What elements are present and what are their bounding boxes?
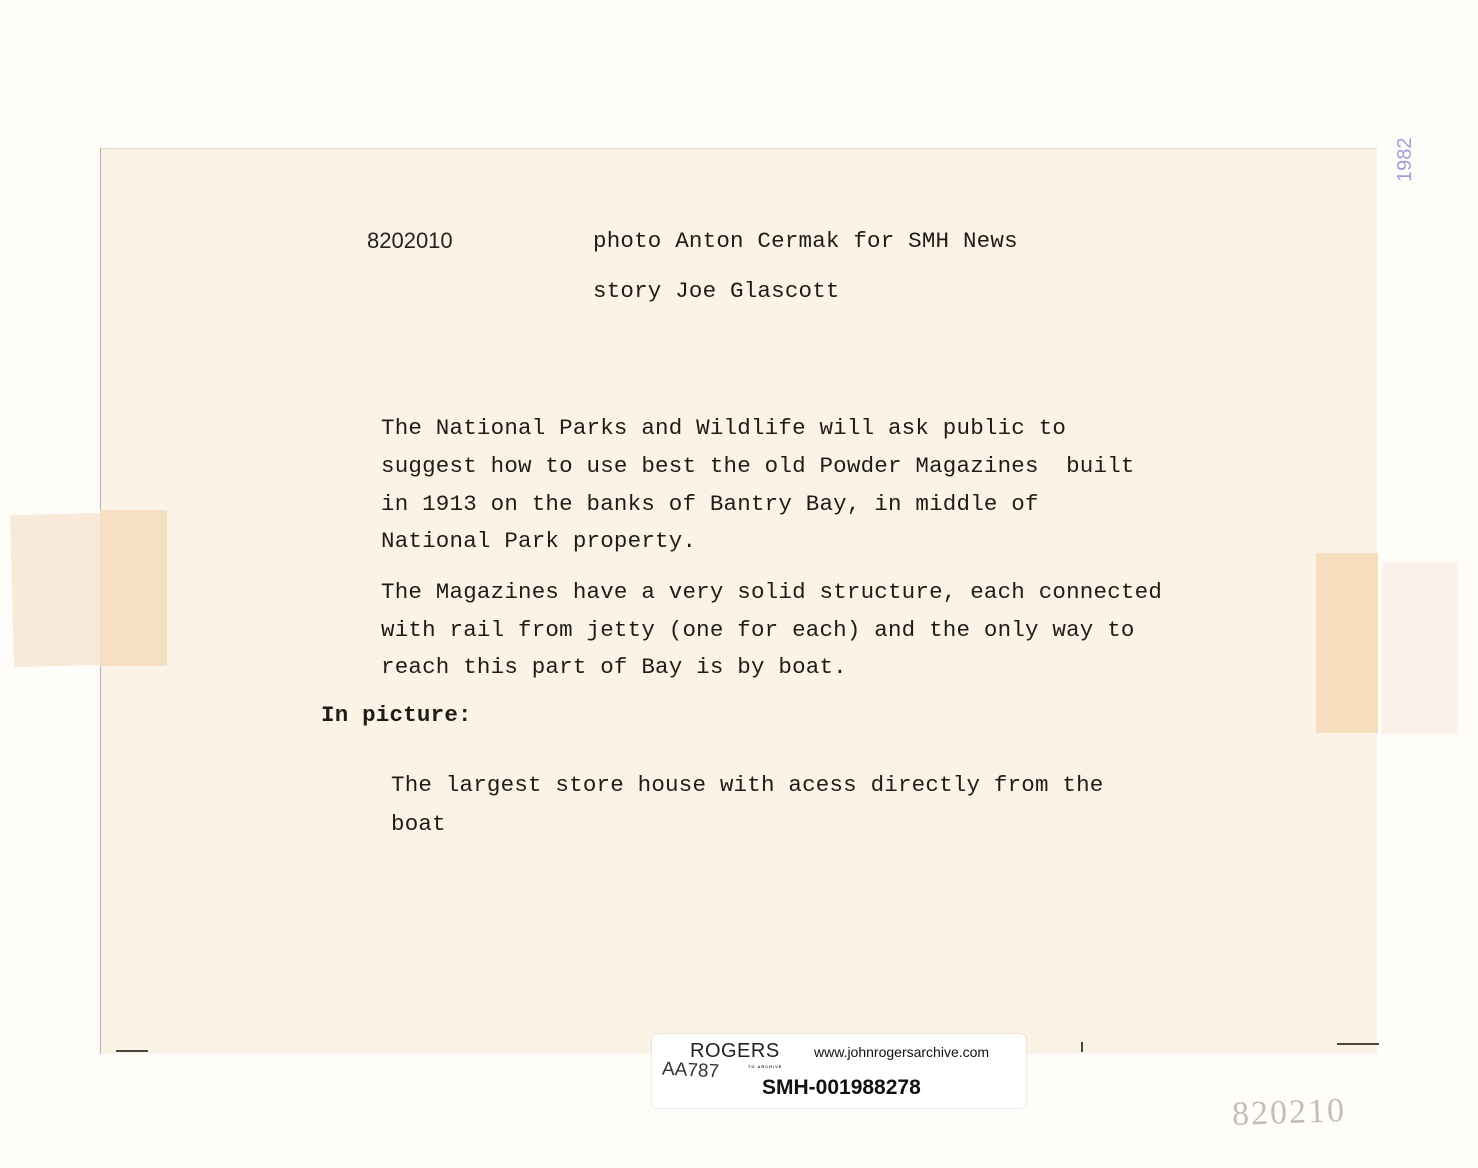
archive-id: SMH-001988278 bbox=[762, 1076, 921, 1100]
photo-number: 8202010 bbox=[367, 228, 453, 254]
tape-left-inner bbox=[100, 510, 167, 666]
archive-label: ROGERS TO ARCHIVE AA787 www.johnrogersar… bbox=[652, 1034, 1026, 1108]
caption-line: The largest store house with acess direc… bbox=[391, 774, 1104, 797]
paragraph-1-line: The National Parks and Wildlife will ask… bbox=[381, 417, 1066, 440]
caption-heading: In picture: bbox=[321, 704, 472, 727]
year-stamp: 1982 bbox=[1394, 138, 1417, 183]
crop-mark-left bbox=[116, 1050, 148, 1052]
tape-right-outer bbox=[1382, 562, 1458, 734]
crop-mark-right bbox=[1337, 1043, 1379, 1045]
date-code-stamp: 820210 bbox=[1231, 1092, 1346, 1134]
archive-url: www.johnrogersarchive.com bbox=[814, 1044, 989, 1060]
crop-mark-tick bbox=[1081, 1042, 1083, 1052]
archive-logo: ROGERS bbox=[690, 1040, 780, 1063]
paragraph-2-line: The Magazines have a very solid structur… bbox=[381, 581, 1162, 604]
tape-right-inner bbox=[1316, 553, 1378, 733]
paragraph-2-line: reach this part of Bay is by boat. bbox=[381, 656, 847, 679]
archive-logo-subtext: TO ARCHIVE bbox=[748, 1064, 782, 1069]
story-credit: story Joe Glascott bbox=[593, 280, 840, 303]
paragraph-2-line: with rail from jetty (one for each) and … bbox=[381, 619, 1135, 642]
handwritten-code: AA787 bbox=[661, 1059, 719, 1084]
paragraph-1-line: suggest how to use best the old Powder M… bbox=[381, 455, 1135, 478]
caption-line: boat bbox=[391, 813, 446, 836]
tape-left-outer bbox=[10, 513, 104, 667]
paragraph-1-line: National Park property. bbox=[381, 530, 696, 553]
photo-credit: photo Anton Cermak for SMH News bbox=[593, 230, 1018, 253]
paragraph-1-line: in 1913 on the banks of Bantry Bay, in m… bbox=[381, 493, 1039, 516]
